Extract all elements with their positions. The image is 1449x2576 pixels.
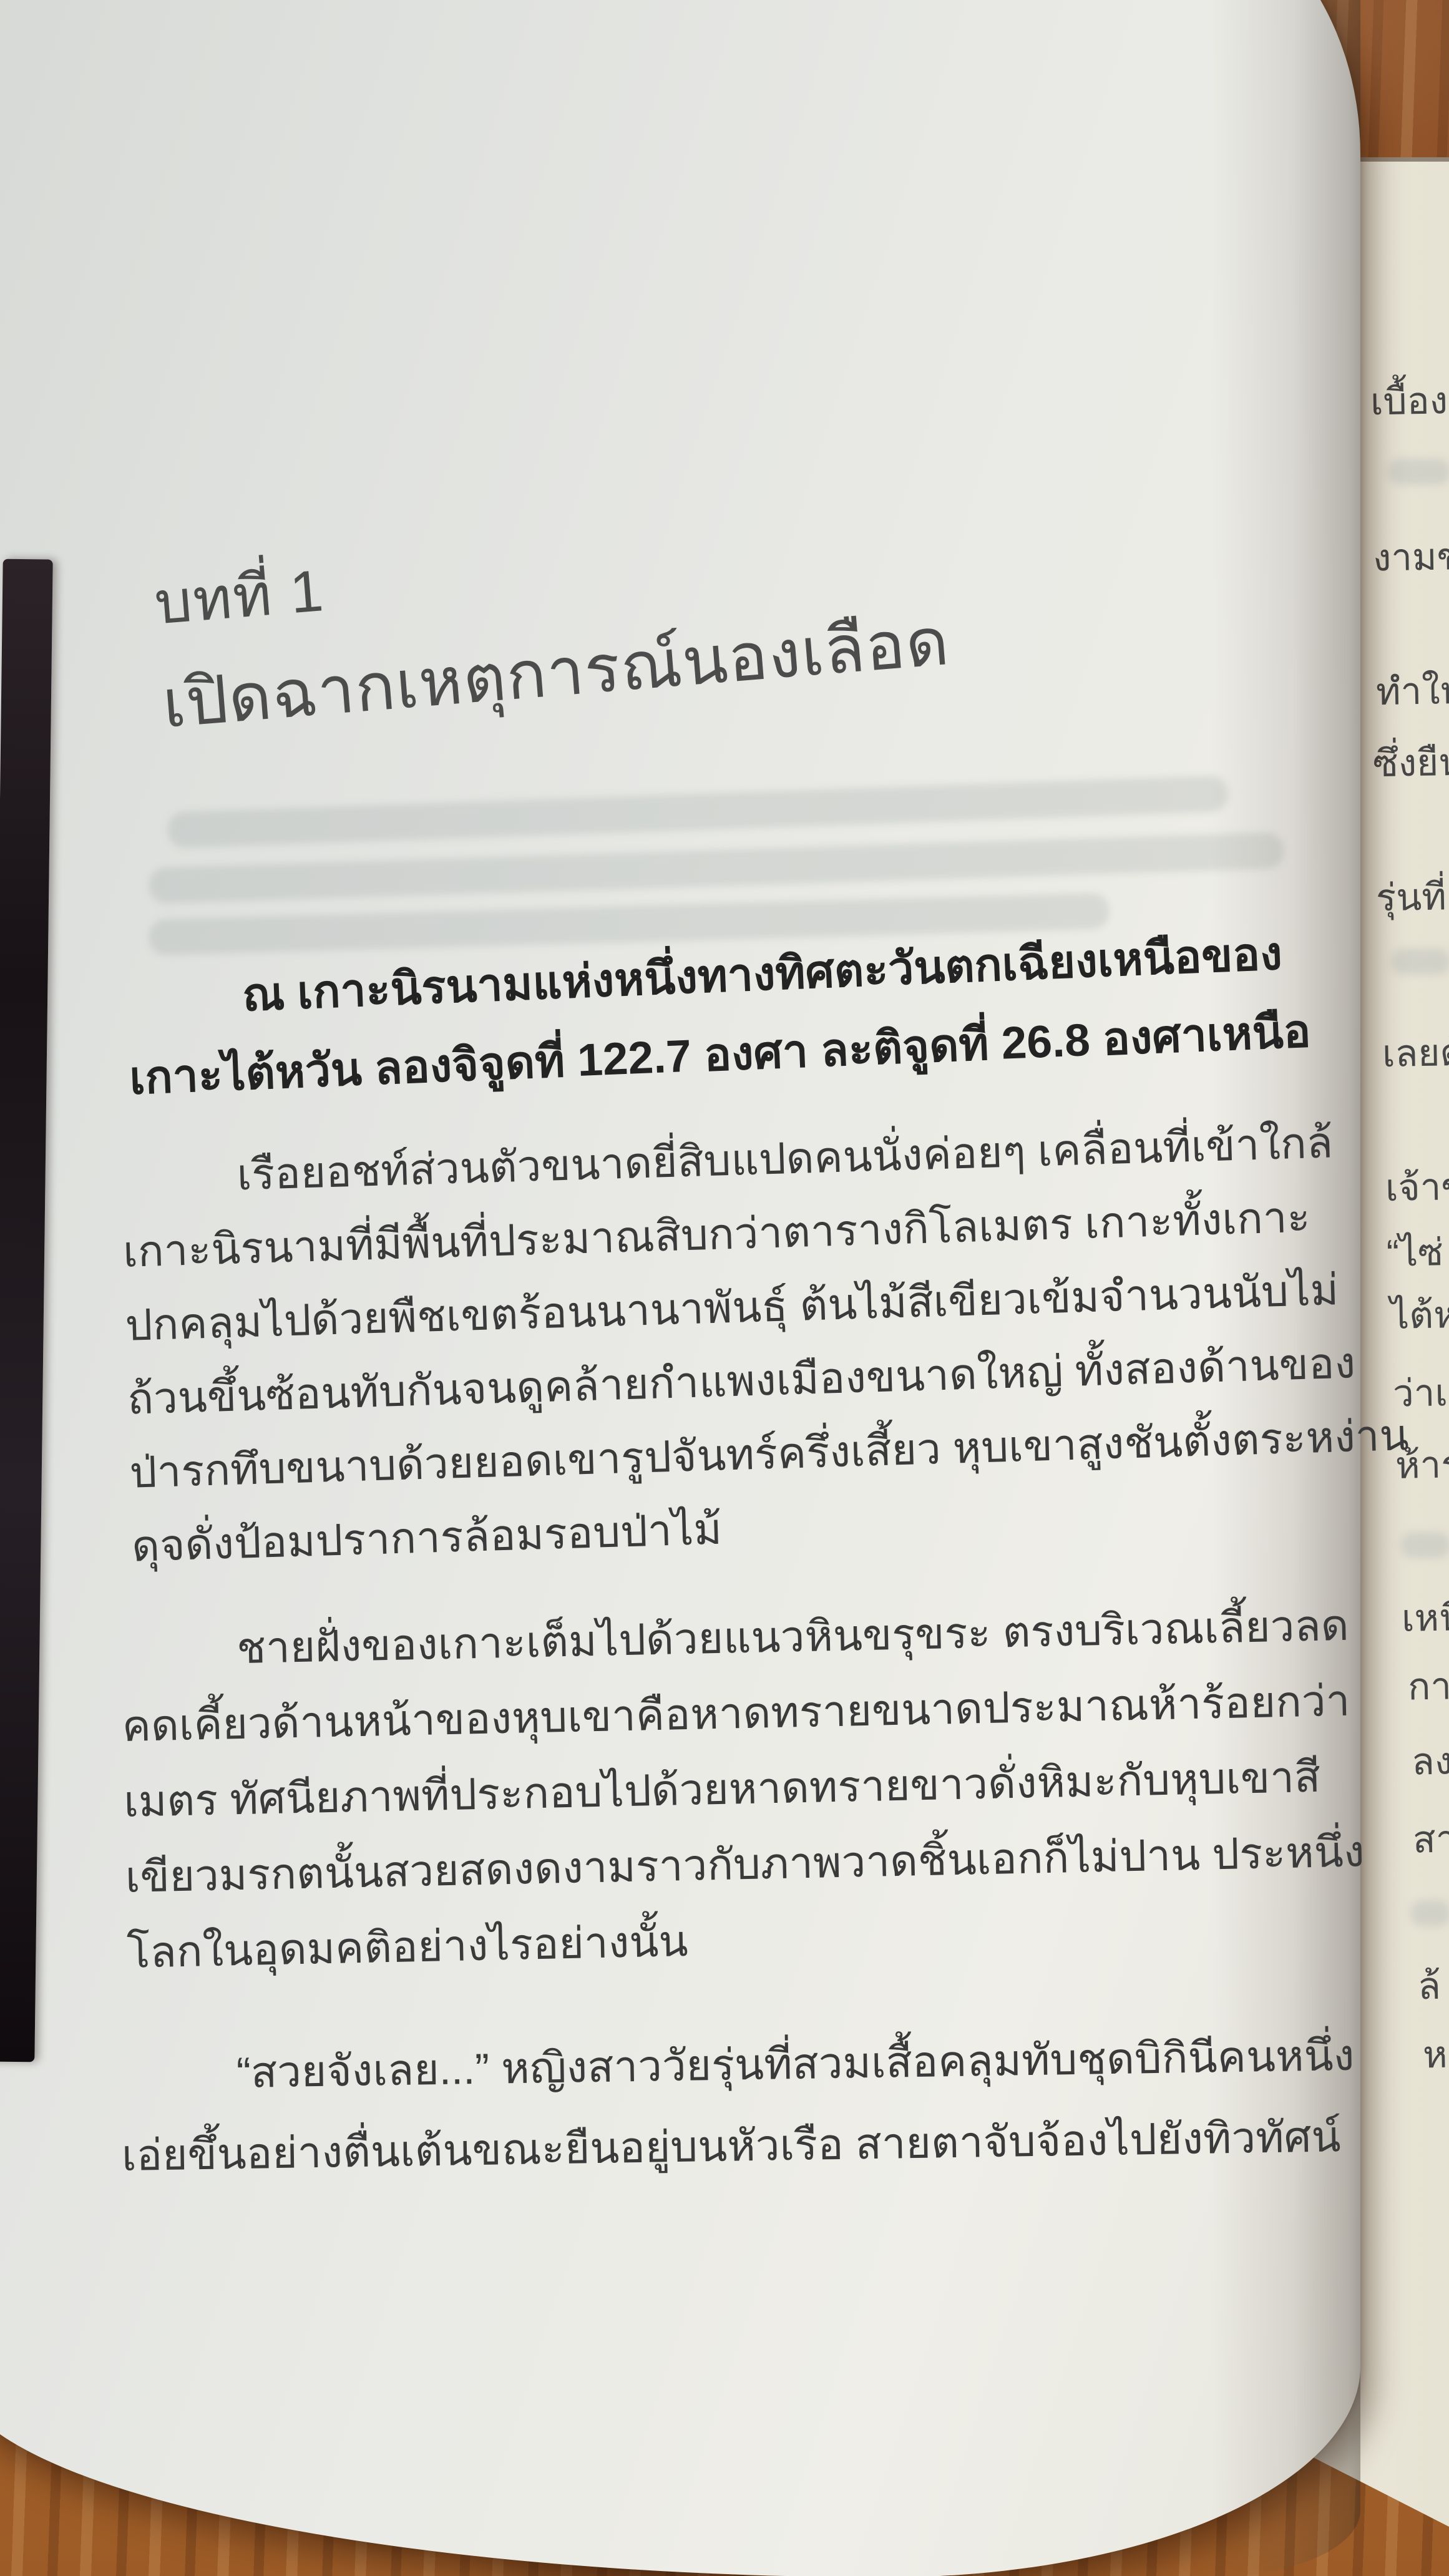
right-page-text-fragment: กา	[1407, 1656, 1449, 1716]
right-page-text-fragment: ล้	[1417, 1956, 1441, 2016]
show-through-text-ghost	[1388, 459, 1449, 485]
body-paragraph-1: เรือยอชท์ส่วนตัวขนาดยี่สิบแปดคนนั่งค่อยๆ…	[120, 1104, 1412, 1584]
show-through-text-ghost	[1410, 1900, 1449, 1926]
body-paragraph-2: ชายฝั่งของเกาะเต็มไปด้วยแนวหินขรุขระ ตรง…	[120, 1587, 1367, 1990]
right-page-text-fragment: ห	[1422, 2025, 1448, 2085]
right-page-text-fragment: ลง	[1411, 1731, 1449, 1791]
right-page-text-fragment: รุ่นที่อ	[1375, 867, 1449, 928]
right-page-text-fragment: ซึ่งยืน	[1372, 733, 1449, 794]
right-page-text-fragment: งามขอ	[1372, 526, 1449, 587]
photo-of-open-book: { "left_page": { "chapter_label": "บทที่…	[0, 0, 1449, 2576]
right-page-text-fragment: เหนื	[1401, 1588, 1449, 1648]
show-through-text-ghost	[1392, 949, 1449, 975]
right-page-text-fragment: เลยต้	[1382, 1023, 1449, 1083]
body-paragraph-3: “สวยจังเลย...” หญิงสาววัยรุ่นที่สวมเสื้อ…	[120, 2015, 1356, 2197]
right-page-text-fragment: ทำให้	[1375, 661, 1449, 721]
right-page-text-fragment: สา	[1412, 1809, 1449, 1869]
right-page-text-fragment: เบื้องห	[1370, 371, 1449, 432]
